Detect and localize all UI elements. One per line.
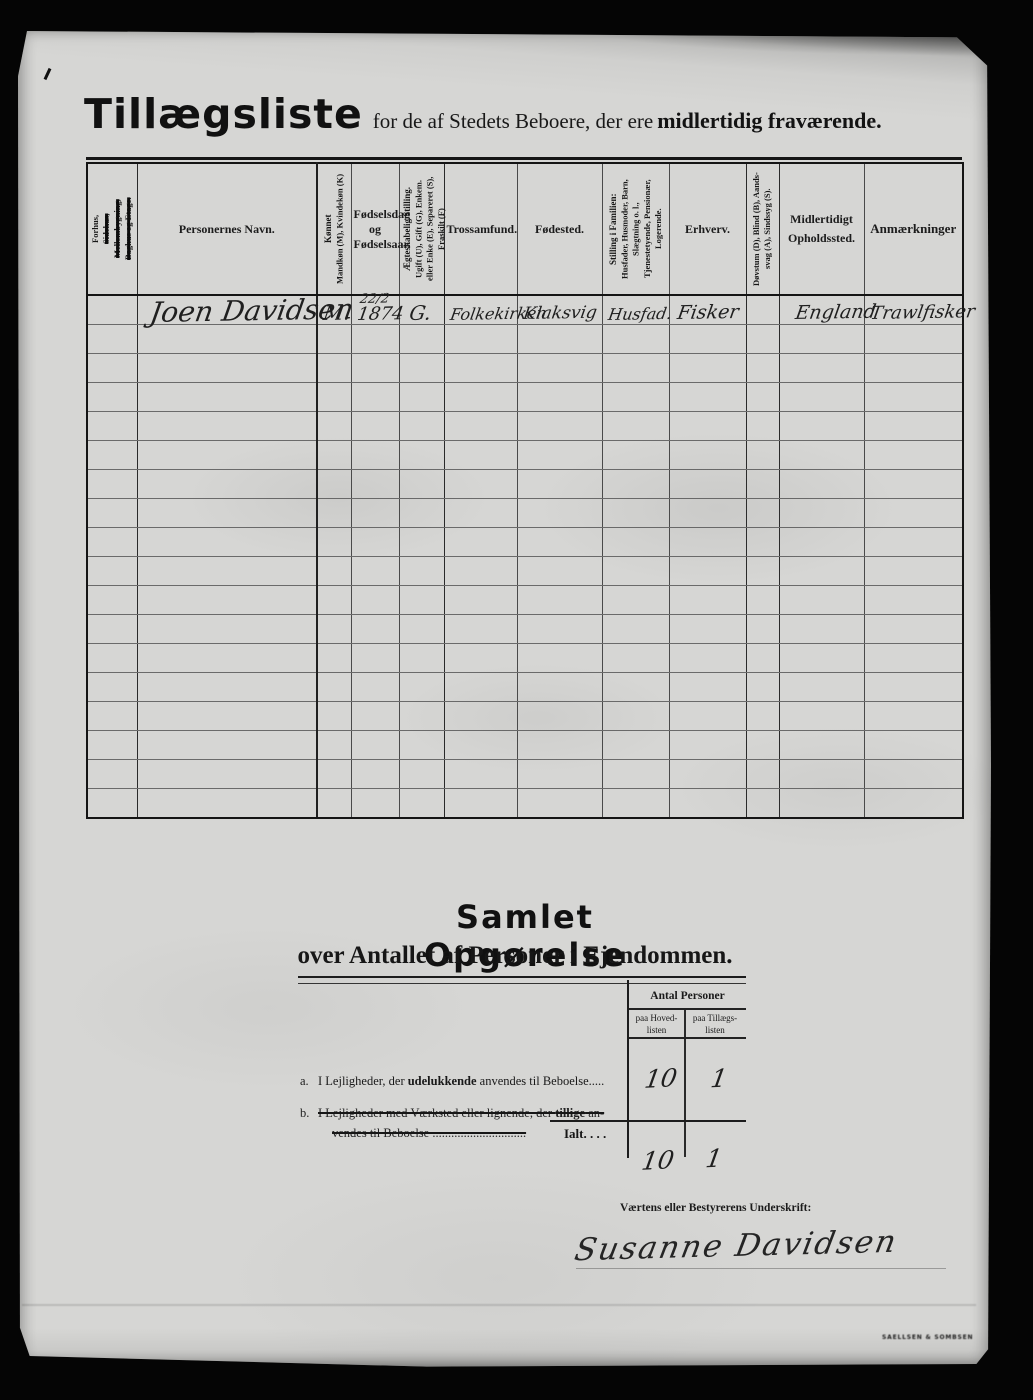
summary-subtitle: over Antallet af Personer i Ejendommen.	[280, 942, 750, 970]
col-sex: Kønnet Mandkøn (M), Kvindekøn (K)	[317, 163, 351, 295]
col-birthplace: Fødested.	[517, 163, 602, 295]
scanned-census-page: Tillægslistefor de af Stedets Beboere, d…	[0, 0, 1033, 1400]
cell-name: Joen Davidsen	[137, 295, 317, 325]
title-main: Tillægsliste	[84, 90, 363, 138]
cell-marital: G.	[399, 295, 444, 325]
empty-row	[87, 731, 963, 760]
handwritten-a-tillaegslisten: 1	[709, 1064, 730, 1094]
cell-occupation: Fisker	[669, 295, 746, 325]
empty-row	[87, 354, 963, 383]
paper-sheet: Tillægslistefor de af Stedets Beboere, d…	[18, 28, 991, 1368]
empty-row	[87, 528, 963, 557]
title-subtitle: for de af Stedets Beboere, der ere	[373, 109, 653, 133]
fold-crease	[22, 1304, 976, 1306]
signature-line	[576, 1268, 946, 1269]
summary-colgroup-header: Antal Personer	[629, 990, 746, 1002]
header-row: Forhus, Sidehus, Mellembygning, Baghus o…	[87, 163, 963, 295]
cell-remarks: Trawlfisker	[864, 295, 963, 325]
ialt-rule	[550, 1120, 746, 1122]
cell-family: Husfad.	[602, 295, 669, 325]
summary-col-hovedlisten: paa Hoved-listen	[629, 1013, 684, 1036]
col-birthdate: Fødselsdag og Fødselsaar.	[351, 163, 399, 295]
cell-faith: Folkekirken	[444, 295, 517, 325]
empty-row	[87, 673, 963, 702]
summary-rule-1	[629, 1008, 746, 1010]
col-name: Personernes Navn.	[137, 163, 317, 295]
col-faith: Trossamfund.	[444, 163, 517, 295]
cell-birthplace: Klaksvig	[517, 295, 602, 325]
printer-imprint: SAELLSEN & SOMBSEN	[882, 1334, 973, 1341]
empty-row	[87, 499, 963, 528]
empty-row	[87, 325, 963, 354]
census-table: Forhus, Sidehus, Mellembygning, Baghus o…	[86, 162, 964, 819]
summary-top-rule	[298, 976, 746, 984]
handwritten-birthplace: Klaksvig	[522, 305, 598, 323]
handwritten-family-position: Husfad.	[607, 306, 673, 323]
handwritten-marital: G.	[408, 303, 433, 323]
empty-row	[87, 470, 963, 499]
empty-row	[87, 644, 963, 673]
handwritten-remarks: Trawlfisker	[869, 303, 976, 323]
empty-row	[87, 383, 963, 412]
pen-tick-mark	[44, 68, 52, 80]
col-occupation: Erhverv.	[669, 163, 746, 295]
cell-disability	[746, 295, 779, 325]
col-disability-label: Døvstum (D), Blind (B), Aands- svag (A),…	[751, 170, 773, 288]
summary-row-a: a.I Lejligheder, der udelukkende anvende…	[300, 1074, 630, 1089]
cell-residence: England	[779, 295, 864, 325]
empty-row	[87, 760, 963, 789]
handwritten-a-hovedlisten: 10	[643, 1063, 680, 1094]
cell-sex: M.	[317, 295, 351, 325]
handwritten-ialt-tillaegslisten: 1	[704, 1144, 725, 1174]
handwritten-ialt-hovedlisten: 10	[640, 1145, 677, 1176]
handwritten-sex: M.	[322, 303, 352, 323]
page-title: Tillægslistefor de af Stedets Beboere, d…	[84, 90, 882, 138]
signature-label: Værtens eller Bestyrerens Underskrift:	[620, 1202, 811, 1214]
empty-row	[87, 702, 963, 731]
empty-row	[87, 557, 963, 586]
col-building: Forhus, Sidehus, Mellembygning, Baghus o…	[87, 163, 137, 295]
cell-building	[87, 295, 137, 325]
empty-row	[87, 789, 963, 819]
empty-row	[87, 586, 963, 615]
summary-rule-2	[629, 1037, 746, 1039]
empty-row	[87, 441, 963, 470]
col-building-label: Forhus, Sidehus, Mellembygning, Baghus o…	[90, 170, 134, 288]
entry-row-1: Joen Davidsen M. 22/21874 G. Folkekirken…	[87, 295, 963, 325]
cell-birthdate: 22/21874	[351, 295, 399, 325]
handwritten-signature: Susanne Davidsen	[572, 1224, 901, 1268]
title-subtitle-bold: midlertidig fraværende.	[657, 108, 881, 133]
col-sex-label: Kønnet Mandkøn (M), Kvindekøn (K)	[323, 170, 346, 288]
summary-col-tillaegslisten: paa Tillægs-listen	[686, 1013, 744, 1036]
empty-row	[87, 615, 963, 644]
col-disability: Døvstum (D), Blind (B), Aands- svag (A),…	[746, 163, 779, 295]
empty-row	[87, 412, 963, 441]
col-residence: Midlertidigt Opholdssted.	[779, 163, 864, 295]
col-family-label: Stilling i Familien: Husfader, Husmoder,…	[608, 170, 664, 288]
handwritten-occupation: Fisker	[676, 303, 740, 323]
table-body: Joen Davidsen M. 22/21874 G. Folkekirken…	[87, 295, 963, 818]
ialt-label: Ialt. . . .	[564, 1126, 606, 1142]
census-table-grid: Forhus, Sidehus, Mellembygning, Baghus o…	[86, 162, 964, 819]
col-marital: Ægteskabelig Stilling. Ugift (U), Gift (…	[399, 163, 444, 295]
col-family: Stilling i Familien: Husfader, Husmoder,…	[602, 163, 669, 295]
col-remarks: Anmærkninger	[864, 163, 963, 295]
col-marital-label: Ægteskabelig Stilling. Ugift (U), Gift (…	[402, 170, 447, 288]
title-rule	[86, 157, 962, 160]
